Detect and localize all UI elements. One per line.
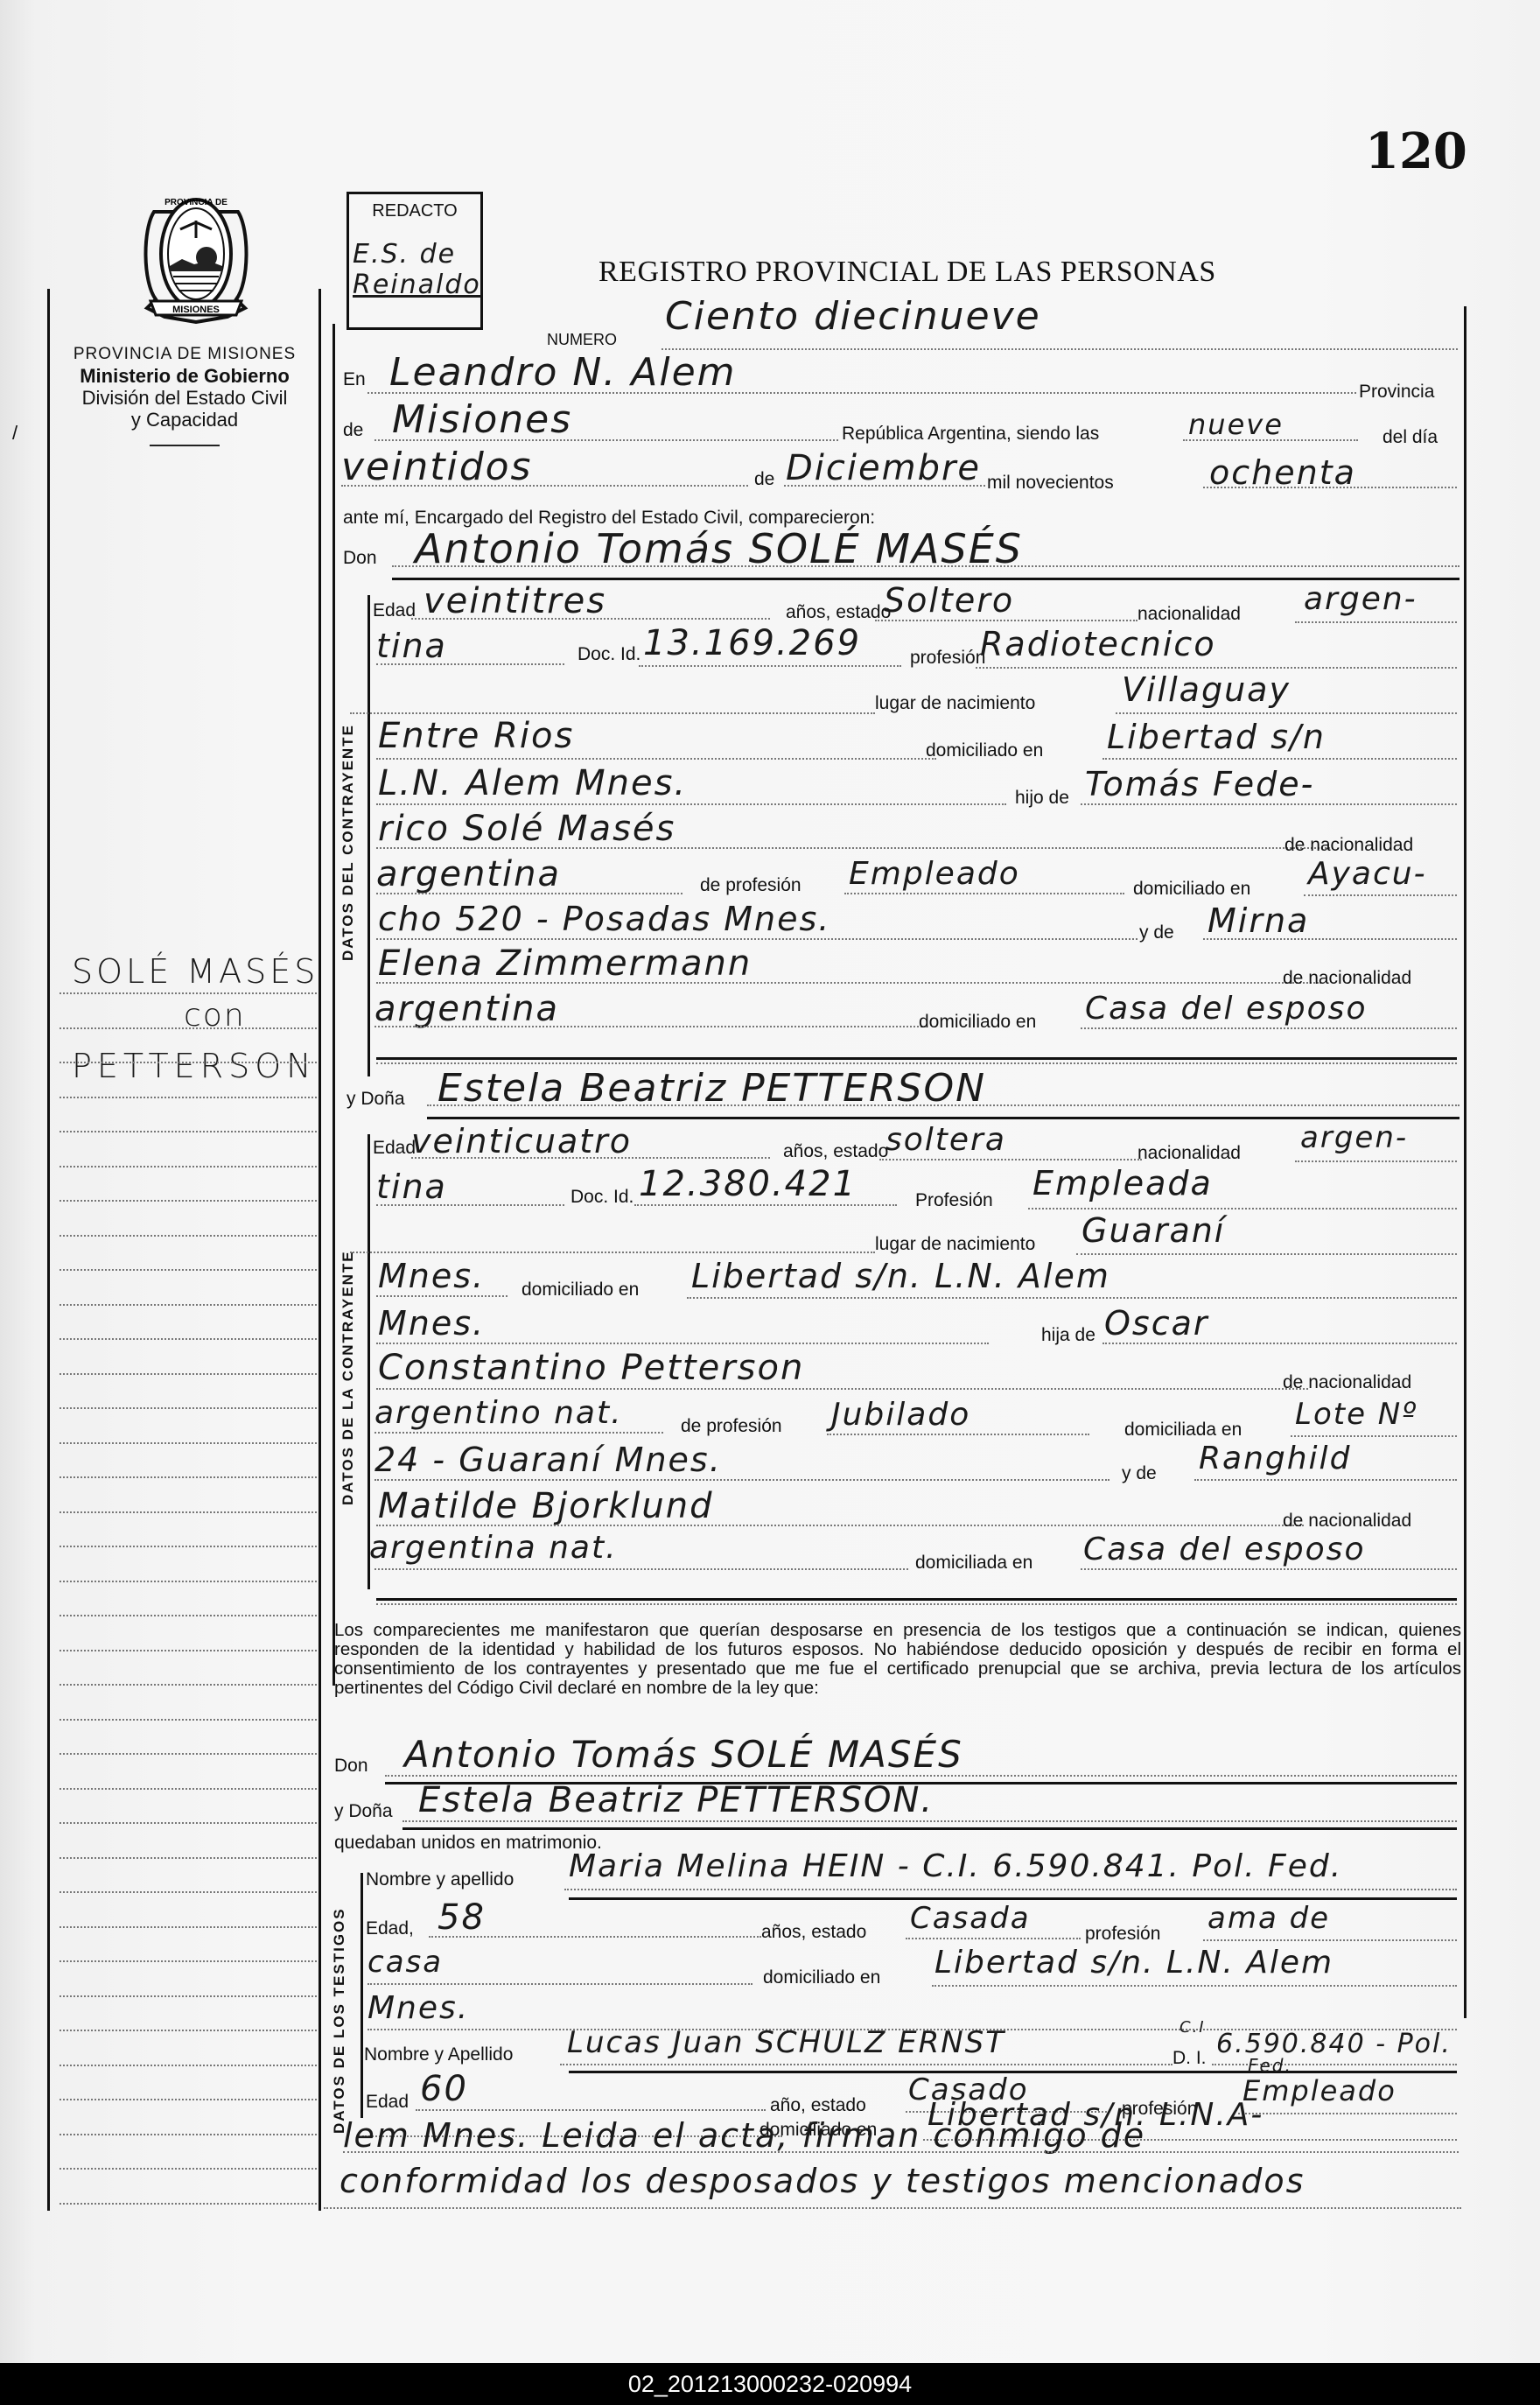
dona-label: y Doña — [346, 1089, 405, 1110]
field-dotted-line — [376, 1603, 1457, 1605]
margin-ruled-line — [59, 1581, 317, 1582]
witness2-edad-value[interactable]: 60 — [420, 2069, 468, 2109]
groom-domicilio-value-cont[interactable]: L.N. Alem Mnes. — [378, 763, 687, 803]
margin-ruled-line — [59, 2065, 317, 2066]
field-dotted-line — [564, 1889, 1457, 1890]
bride-profesion-value[interactable]: Empleada — [1032, 1164, 1213, 1202]
witness2-profesion-value[interactable]: Empleado — [1242, 2074, 1396, 2107]
witness1-domicilio-value[interactable]: Libertad s/n. L.N. Alem — [934, 1945, 1333, 1981]
field-dotted-line — [376, 893, 682, 894]
groom-profesion-value[interactable]: Radiotecnico — [980, 625, 1216, 663]
province-coat-of-arms-icon: MISIONES PROVINCIA DE — [138, 186, 254, 324]
margin-ruled-line — [59, 1650, 317, 1651]
field-dotted-line — [376, 1062, 1457, 1064]
groom-estado-value[interactable]: Soltero — [884, 581, 1014, 620]
groom-padre-prof-label: de profesión — [700, 875, 801, 896]
margin-ruled-line — [59, 1304, 317, 1306]
margin-ruled-line — [59, 1995, 317, 1997]
groom-padre-prof-value[interactable]: Empleado — [849, 856, 1020, 892]
declaration-bride-name[interactable]: Estela Beatriz PETTERSON. — [418, 1780, 934, 1820]
margin-ruled-line — [59, 1338, 317, 1340]
field-dotted-line — [411, 1157, 770, 1159]
bride-anios-label: años, estado — [783, 1141, 888, 1162]
bride-lugar-value-cont[interactable]: Mnes. — [378, 1257, 485, 1295]
hora-value[interactable]: nueve — [1188, 408, 1284, 441]
ministry-header: PROVINCIA DE MISIONES Ministerio de Gobi… — [48, 343, 321, 446]
witnesses-section-border — [360, 1873, 363, 2118]
field-dotted-line — [844, 893, 1124, 894]
mil-novecientos-label: mil novecientos — [987, 473, 1114, 494]
bride-estado-value[interactable]: soltera — [885, 1122, 1006, 1158]
field-dotted-line — [976, 667, 1457, 669]
witness2-di-label: D. I. — [1172, 2048, 1207, 2069]
margin-ruled-line — [59, 1857, 317, 1859]
field-dotted-line — [1203, 1939, 1457, 1941]
witness2-nombre-label: Nombre y Apellido — [364, 2044, 513, 2065]
bride-padre-dom-label: domiciliada en — [1124, 1420, 1242, 1441]
groom-madre-nac-label: de nacionalidad — [1283, 968, 1411, 989]
margin-ruled-line — [59, 1097, 317, 1098]
bride-madre-value[interactable]: Ranghild — [1199, 1441, 1351, 1476]
bride-domicilio-label: domiciliado en — [521, 1280, 639, 1301]
margin-ruled-line — [59, 1788, 317, 1790]
field-dotted-line — [1081, 1027, 1457, 1029]
field-dotted-line — [376, 1525, 1304, 1526]
field-dotted-line — [429, 1936, 761, 1938]
margin-ruled-line — [59, 1684, 317, 1686]
provincia-label: Provincia — [1359, 382, 1434, 403]
declaration-closing: quedaban unidos en matrimonio. — [334, 1833, 602, 1854]
bride-nacionalidad-value[interactable]: argen- — [1300, 1120, 1408, 1155]
field-dotted-line — [376, 1388, 1308, 1390]
de-mes-label: de — [754, 469, 774, 490]
field-dotted-line — [1116, 712, 1457, 714]
margin-ruled-line — [59, 1891, 317, 1893]
margin-ruled-line — [59, 1269, 317, 1271]
del-dia-label: del día — [1382, 427, 1438, 448]
field-dotted-line — [1291, 1435, 1457, 1437]
bride-nacionalidad-value-cont[interactable]: tina — [376, 1167, 447, 1206]
witness1-domicilio-label: domiciliado en — [763, 1967, 880, 1988]
groom-madre-nac-value[interactable]: argentina — [374, 989, 559, 1029]
de-label: de — [343, 420, 363, 441]
margin-ruled-line — [59, 1200, 317, 1202]
en-label: En — [343, 369, 366, 390]
margin-ruled-line — [59, 1719, 317, 1721]
margin-ruled-line — [59, 1407, 317, 1409]
margin-ruled-line — [59, 1476, 317, 1478]
page-number: 120 — [1365, 123, 1467, 180]
margin-ruled-line — [59, 2168, 317, 2170]
bride-madre-dom-value[interactable]: Casa del esposo — [1083, 1532, 1365, 1567]
margin-note-line3: PETTERSON — [72, 1047, 317, 1085]
margin-ruled-line — [59, 2134, 317, 2135]
bride-lugar-label: lugar de nacimiento — [875, 1234, 1035, 1255]
groom-doc-value[interactable]: 13.169.269 — [643, 623, 861, 663]
margin-ruled-line — [59, 992, 317, 994]
declaration-dona-rule — [402, 1827, 1457, 1830]
field-rule — [569, 1897, 1457, 1900]
witness1-anios-label: años, estado — [761, 1922, 866, 1943]
svg-text:PROVINCIA DE: PROVINCIA DE — [164, 198, 227, 207]
witnesses-section-label: DATOS DE LOS TESTIGOS — [331, 1907, 348, 2134]
field-dotted-line — [1081, 803, 1457, 805]
field-dotted-line — [560, 2064, 1172, 2065]
document-page: 120 MISIONES PROVINCIA DE PROVINCIA DE M… — [0, 0, 1540, 2363]
groom-madre-dom-value[interactable]: Casa del esposo — [1085, 991, 1367, 1027]
margin-ruled-line — [59, 1753, 317, 1755]
field-dotted-line — [1081, 1568, 1457, 1570]
field-rule — [376, 1598, 1457, 1601]
bride-padre-nac-label: de nacionalidad — [1283, 1372, 1411, 1393]
bride-padre-value-cont[interactable]: Constantino Petterson — [378, 1348, 804, 1388]
redacto-value-line2: Reinaldo — [353, 270, 480, 300]
province-name: PROVINCIA DE MISIONES — [48, 343, 321, 365]
ministry-name: Ministerio de Gobierno — [48, 365, 321, 387]
margin-ruled-line — [59, 1131, 317, 1132]
groom-profesion-label: profesión — [910, 648, 985, 669]
margin-column-left-border — [47, 289, 50, 2211]
scan-id-footer: 02_201213000232-020994 — [0, 2363, 1540, 2405]
groom-domicilio-label: domiciliado en — [926, 740, 1043, 761]
margin-ruled-line — [59, 2099, 317, 2100]
bride-doc-value[interactable]: 12.380.421 — [639, 1164, 857, 1204]
groom-madre-dom-label: domiciliado en — [919, 1012, 1036, 1033]
field-dotted-line — [416, 2109, 766, 2111]
field-dotted-line — [1295, 1160, 1457, 1162]
groom-padre-value-cont[interactable]: rico Solé Masés — [378, 809, 675, 849]
field-dotted-line — [879, 1159, 1142, 1160]
field-dotted-line — [634, 1204, 897, 1206]
bride-y-de-label: y de — [1122, 1463, 1157, 1484]
field-dotted-line — [1076, 1253, 1457, 1255]
margin-ruled-line — [59, 1062, 317, 1063]
numero-value[interactable]: Ciento diecinueve — [665, 294, 1041, 339]
groom-padre-dom-value[interactable]: Ayacu- — [1308, 856, 1427, 892]
witness1-domicilio-value-cont[interactable]: Mnes. — [367, 1990, 469, 2026]
field-dotted-line — [1295, 621, 1457, 623]
field-dotted-line — [376, 758, 936, 760]
provincia-value[interactable]: Misiones — [392, 397, 572, 442]
field-dotted-line — [376, 663, 564, 665]
bride-name-rule — [427, 1117, 1459, 1119]
margin-ruled-line — [59, 1960, 317, 1962]
margin-note-line1: SOLÉ MASÉS — [72, 952, 318, 991]
field-dotted-line — [374, 1026, 926, 1027]
field-rule — [376, 1057, 1457, 1060]
margin-ruled-line — [59, 2030, 317, 2031]
witness1-edad-label: Edad, — [366, 1918, 414, 1939]
field-dotted-line — [376, 1204, 564, 1206]
field-dotted-line — [376, 982, 1321, 984]
margin-ruled-line — [59, 1926, 317, 1928]
declaration-don-label: Don — [334, 1756, 368, 1777]
field-dotted-line — [376, 938, 1137, 940]
bride-section-border — [367, 1134, 370, 1589]
bride-padre-prof-value[interactable]: Jubilado — [831, 1397, 970, 1433]
witness1-nombre-value[interactable]: Maria Melina HEIN - C.I. 6.590.841. Pol.… — [569, 1848, 1342, 1884]
field-dotted-line — [1304, 894, 1457, 896]
groom-edad-label: Edad — [373, 600, 416, 621]
bride-madre-dom-label: domiciliada en — [915, 1553, 1032, 1574]
witness2-nombre-value[interactable]: Lucas Juan SCHULZ ERNST — [567, 2025, 1005, 2060]
field-dotted-line — [639, 665, 901, 667]
bride-madre-value-cont[interactable]: Matilde Bjorklund — [378, 1486, 714, 1526]
groom-padre-dom-value-cont[interactable]: cho 520 - Posadas Mnes. — [378, 900, 830, 938]
don-label: Don — [343, 548, 377, 569]
bride-padre-nac-value[interactable]: argentino nat. — [374, 1395, 623, 1431]
field-dotted-line — [376, 803, 1006, 805]
witness2-edad-label: Edad — [366, 2092, 409, 2113]
margin-ruled-line — [59, 1511, 317, 1513]
margin-ruled-line — [59, 1027, 317, 1029]
margin-ruled-line — [59, 1546, 317, 1547]
margin-ruled-line — [59, 1822, 317, 1824]
margin-column-right-border — [318, 289, 321, 2211]
dia-value[interactable]: veintidos — [341, 445, 532, 489]
bride-lugar-value[interactable]: Guaraní — [1081, 1211, 1225, 1250]
bride-profesion-label: Profesión — [915, 1190, 993, 1211]
field-dotted-line — [1203, 938, 1457, 940]
field-dotted-line — [1102, 758, 1457, 760]
mes-value[interactable]: Diciembre — [786, 448, 981, 488]
declaration-paragraph: Los comparecientes me manifestaron que q… — [334, 1621, 1461, 1698]
witness2-di-superscript[interactable]: C.I — [1179, 2018, 1206, 2037]
field-dotted-line — [376, 1343, 989, 1344]
groom-doc-label: Doc. Id. — [577, 644, 640, 665]
field-dotted-line — [374, 1479, 1109, 1481]
bride-domicilio-value-cont[interactable]: Mnes. — [378, 1304, 485, 1343]
groom-lugar-label: lugar de nacimiento — [875, 693, 1035, 714]
witness1-profesion-label: profesión — [1085, 1924, 1160, 1945]
groom-hijo-label: hijo de — [1015, 788, 1069, 809]
margin-ruled-line — [59, 1442, 317, 1444]
groom-padre-dom-label: domiciliado en — [1133, 879, 1250, 900]
bride-hija-label: hija de — [1041, 1325, 1095, 1346]
document-title: REGISTRO PROVINCIAL DE LAS PERSONAS — [598, 256, 1216, 289]
witness2-di-suffix[interactable]: Fed. — [1248, 2055, 1292, 2076]
margin-tick-mark: / — [12, 422, 17, 445]
bride-padre-dom-value[interactable]: Lote Nº — [1295, 1397, 1417, 1432]
field-dotted-line — [350, 712, 875, 714]
declaration-dona-label: y Doña — [334, 1801, 393, 1822]
bride-edad-label: Edad — [373, 1138, 416, 1159]
field-dotted-line — [376, 1295, 507, 1297]
republica-label: República Argentina, siendo las — [842, 424, 1099, 445]
field-dotted-line — [367, 1983, 752, 1985]
groom-lugar-value-cont[interactable]: Entre Rios — [378, 716, 574, 756]
numero-label: NUMERO — [547, 331, 617, 349]
form-left-border — [332, 324, 335, 1686]
field-dotted-line — [687, 1297, 1457, 1299]
bride-madre-nac-value[interactable]: argentina nat. — [369, 1530, 618, 1566]
groom-madre-value-cont[interactable]: Elena Zimmermann — [378, 943, 752, 984]
groom-section-border — [367, 595, 370, 1076]
division-name-line2: y Capacidad — [48, 409, 321, 431]
groom-padre-nac-value[interactable]: argentina — [376, 854, 561, 894]
witness1-profesion-value-cont[interactable]: casa — [367, 1945, 443, 1980]
redacto-value-line1: E.S. de — [353, 239, 480, 270]
witness1-estado-value[interactable]: Casada — [910, 1901, 1031, 1936]
groom-lugar-value[interactable]: Villaguay — [1122, 670, 1291, 709]
witness1-profesion-value[interactable]: ama de — [1207, 1901, 1330, 1936]
closing-line1[interactable]: lem Mnes. Leida el acta, firman conmigo … — [343, 2116, 1145, 2155]
field-dotted-line — [411, 618, 770, 620]
form-right-border — [1464, 306, 1466, 2018]
header-divider — [150, 445, 220, 446]
field-dotted-line — [1194, 1479, 1457, 1481]
field-dotted-line — [350, 1252, 875, 1253]
margin-ruled-line — [59, 2203, 317, 2205]
margin-ruled-line — [59, 1615, 317, 1616]
field-dotted-line — [1028, 1208, 1457, 1210]
bride-padre-prof-label: de profesión — [681, 1416, 782, 1437]
localidad-value[interactable]: Leandro N. Alem — [389, 350, 737, 395]
bride-doc-label: Doc. Id. — [570, 1187, 633, 1208]
groom-edad-value[interactable]: veintitres — [423, 581, 606, 621]
groom-y-de-label: y de — [1139, 922, 1174, 943]
bride-edad-value[interactable]: veinticuatro — [411, 1122, 632, 1160]
groom-nacionalidad-value[interactable]: argen- — [1304, 581, 1417, 617]
groom-domicilio-value[interactable]: Libertad s/n — [1107, 718, 1326, 756]
bride-padre-value[interactable]: Oscar — [1104, 1304, 1209, 1343]
field-dotted-line — [932, 1985, 1457, 1987]
division-name-line1: División del Estado Civil — [48, 387, 321, 409]
redacto-box: REDACTO E.S. de Reinaldo — [346, 192, 483, 330]
field-dotted-line — [1102, 1343, 1457, 1344]
groom-name-rule — [392, 578, 1459, 580]
groom-padre-nac-label: de nacionalidad — [1284, 835, 1413, 856]
groom-padre-value[interactable]: Tomás Fede- — [1085, 765, 1314, 803]
redacto-label: REDACTO — [349, 201, 480, 221]
groom-section-label: DATOS DEL CONTRAYENTE — [339, 724, 357, 961]
field-dotted-line — [374, 1568, 908, 1570]
bride-nacionalidad-label: nacionalidad — [1137, 1143, 1241, 1164]
bride-padre-dom-value-cont[interactable]: 24 - Guaraní Mnes. — [374, 1441, 722, 1479]
svg-text:MISIONES: MISIONES — [172, 305, 220, 315]
margin-ruled-line — [59, 1373, 317, 1375]
field-dotted-line — [875, 620, 1137, 621]
margin-ruled-line — [59, 1235, 317, 1237]
groom-madre-value[interactable]: Mirna — [1207, 901, 1309, 940]
witness2-anios-label: año, estado — [770, 2095, 866, 2116]
declaration-groom-name[interactable]: Antonio Tomás SOLÉ MASÉS — [404, 1733, 963, 1776]
groom-nacionalidad-label: nacionalidad — [1137, 604, 1241, 625]
bride-madre-nac-label: de nacionalidad — [1283, 1511, 1411, 1532]
margin-ruled-line — [59, 1166, 317, 1167]
field-dotted-line — [374, 1432, 663, 1434]
witness1-edad-value[interactable]: 58 — [437, 1897, 486, 1938]
field-dotted-line — [376, 847, 1330, 849]
field-dotted-line — [827, 1434, 1089, 1435]
field-dotted-line — [1238, 2113, 1457, 2114]
groom-nacionalidad-value-cont[interactable]: tina — [376, 627, 447, 665]
bride-section-label: DATOS DE LA CONTRAYENTE — [339, 1250, 357, 1505]
field-dotted-line — [906, 1938, 1081, 1939]
witness1-nombre-label: Nombre y apellido — [366, 1869, 514, 1890]
bride-domicilio-value[interactable]: Libertad s/n. L.N. Alem — [691, 1257, 1110, 1295]
closing-line2[interactable]: conformidad los desposados y testigos me… — [339, 2162, 1305, 2200]
